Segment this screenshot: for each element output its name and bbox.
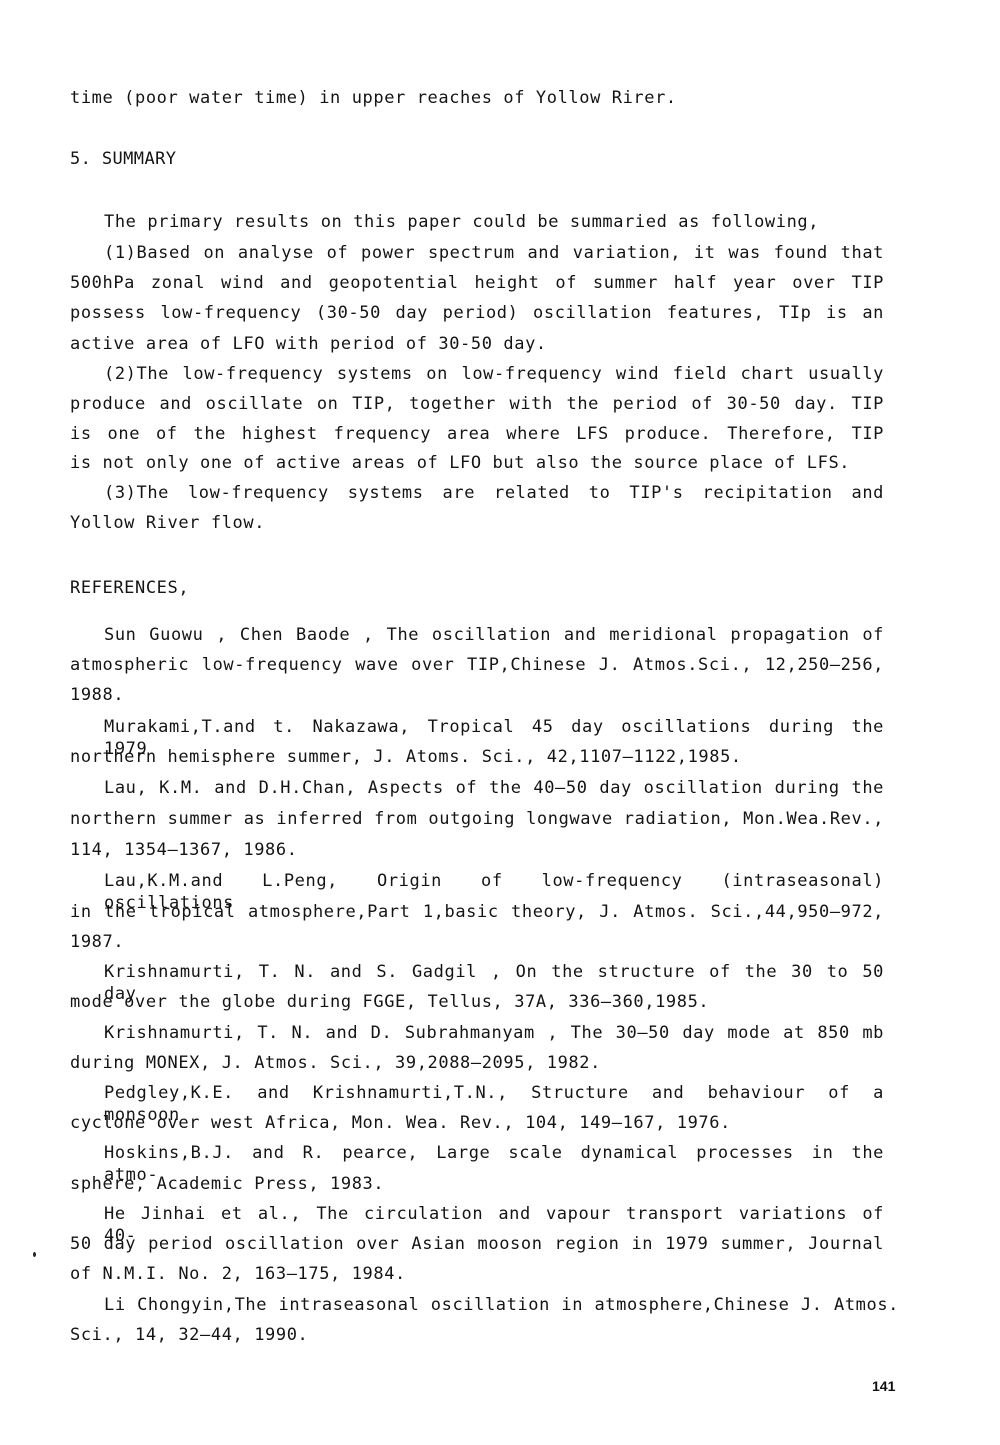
text-line: produce and oscillate on TIP, together w… [70, 393, 884, 415]
reference-line: 1988. [70, 684, 124, 706]
reference-line: sphere, Academic Press, 1983. [70, 1173, 384, 1195]
text-line: is one of the highest frequency area whe… [70, 423, 884, 445]
reference-line: during MONEX, J. Atmos. Sci., 39,2088—20… [70, 1052, 601, 1074]
text-line: possess low-frequency (30-50 day period)… [70, 302, 884, 324]
document-page: time (poor water time) in upper reaches … [0, 0, 1000, 1445]
reference-line: cyclone over west Africa, Mon. Wea. Rev.… [70, 1112, 731, 1134]
text-line: (1)Based on analyse of power spectrum an… [104, 242, 884, 264]
scan-speck [33, 1252, 36, 1257]
reference-line: Sun Guowu , Chen Baode , The oscillation… [104, 624, 884, 646]
reference-line: mode over the globe during FGGE, Tellus,… [70, 991, 709, 1013]
text-line: (2)The low-frequency systems on low-freq… [104, 363, 884, 385]
reference-line: Krishnamurti, T. N. and D. Subrahmanyam … [104, 1022, 884, 1044]
page-number: 141 [872, 1378, 895, 1394]
reference-line: 1987. [70, 931, 124, 953]
reference-line: 50 day period oscillation over Asian moo… [70, 1233, 884, 1255]
reference-line: Li Chongyin,The intraseasonal oscillatio… [104, 1294, 899, 1316]
text-line: (3)The low-frequency systems are related… [104, 482, 884, 504]
reference-line: northern hemisphere summer, J. Atoms. Sc… [70, 746, 742, 768]
reference-line: of N.M.I. No. 2, 163—175, 1984. [70, 1263, 406, 1285]
reference-line: in the tropical atmosphere,Part 1,basic … [70, 901, 884, 923]
text-line: The primary results on this paper could … [104, 211, 819, 233]
section-heading: 5. SUMMARY [70, 148, 176, 170]
text-line: is not only one of active areas of LFO b… [70, 452, 850, 474]
reference-line: Sci., 14, 32—44, 1990. [70, 1324, 308, 1346]
reference-line: atmospheric low-frequency wave over TIP,… [70, 654, 884, 676]
references-title: REFERENCES, [70, 577, 189, 599]
text-line: active area of LFO with period of 30-50 … [70, 333, 547, 355]
text-line: time (poor water time) in upper reaches … [70, 87, 677, 109]
reference-line: 114, 1354—1367, 1986. [70, 839, 298, 861]
text-line: 500hPa zonal wind and geopotential heigh… [70, 272, 884, 294]
reference-line: northern summer as inferred from outgoin… [70, 808, 884, 830]
text-line: Yollow River flow. [70, 512, 265, 534]
reference-line: Lau, K.M. and D.H.Chan, Aspects of the 4… [104, 777, 884, 799]
